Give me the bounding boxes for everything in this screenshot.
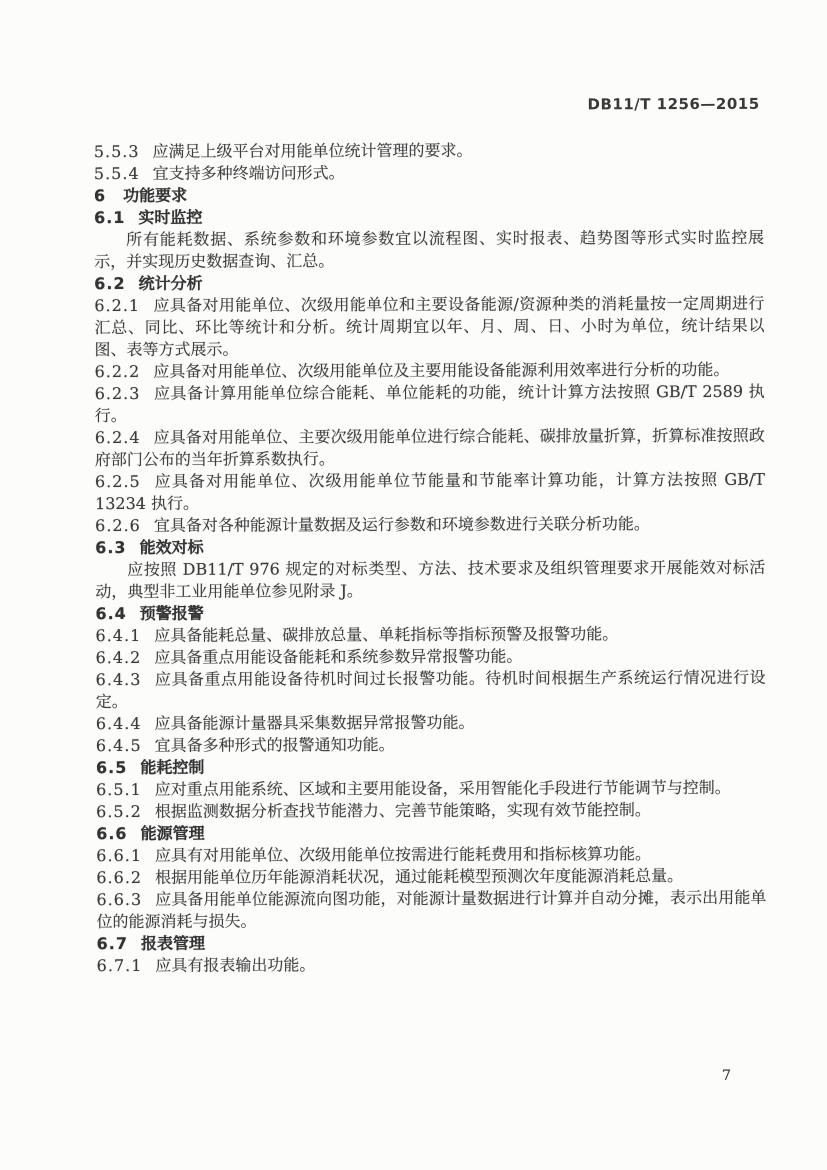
- clause-number: 6.6.2: [96, 868, 142, 887]
- clause-text: 应按照 DB11/T 976 规定的对标类型、方法、技术要求及组织管理要求开展能…: [95, 558, 765, 601]
- clause-text: 应具有报表输出功能。: [155, 955, 315, 975]
- clause: 5.5.3应满足上级平台对用能单位统计管理的要求。: [94, 139, 764, 163]
- paragraph: 应按照 DB11/T 976 规定的对标类型、方法、技术要求及组织管理要求开展能…: [95, 557, 765, 603]
- clause: 6.4.2应具备重点用能设备能耗和系统参数异常报警功能。: [96, 645, 766, 669]
- section-heading: 6.4预警报警: [95, 601, 765, 625]
- clause-number: 6.4.4: [96, 714, 142, 733]
- clause-text: 应具备对用能单位、次级用能单位和主要设备能源/资源种类的消耗量按一定周期进行汇总…: [94, 294, 764, 359]
- clause-number: 6: [94, 186, 106, 205]
- clause-text: 宜具备多种形式的报警通知功能。: [155, 735, 395, 755]
- clause-text: 功能要求: [123, 186, 187, 205]
- clause-text: 应具备能耗总量、碳排放总量、单耗指标等指标预警及报警功能。: [154, 624, 618, 645]
- clause-text: 应具备对用能单位、次级用能单位节能量和节能率计算功能，计算方法按照 GB/T 1…: [95, 470, 765, 513]
- clause-text: 应具备计算用能单位综合能耗、单位能耗的功能，统计计算方法按照 GB/T 2589…: [95, 382, 765, 425]
- clause: 6.2.3应具备计算用能单位综合能耗、单位能耗的功能，统计计算方法按照 GB/T…: [95, 381, 765, 427]
- clause-number: 6.4.3: [96, 670, 142, 689]
- clause-text: 能耗控制: [140, 758, 204, 777]
- section-heading: 6.6能源管理: [96, 821, 766, 845]
- clause-text: 所有能耗数据、系统参数和环境参数宜以流程图、实时报表、趋势图等形式实时监控展示，…: [94, 228, 764, 271]
- clause-text: 应对重点用能系统、区域和主要用能设备，采用智能化手段进行节能调节与控制。: [155, 778, 731, 799]
- section-heading: 6.7报表管理: [97, 931, 767, 955]
- section-heading: 6.3能效对标: [95, 535, 765, 559]
- clause-number: 6.2.6: [95, 516, 141, 535]
- clause-text: 根据用能单位历年能源消耗状况，通过能耗模型预测次年度能源消耗总量。: [155, 866, 683, 887]
- clause-number: 6.6.1: [96, 846, 142, 865]
- clause-number: 6.1: [94, 208, 125, 227]
- clause-text: 能效对标: [140, 538, 204, 557]
- clause-number: 5.5.4: [94, 164, 140, 183]
- clause-number: 6.4.2: [96, 648, 142, 667]
- section-heading: 6.5能耗控制: [96, 755, 766, 779]
- clause-number: 6.4.5: [96, 736, 142, 755]
- clause: 6.4.1应具备能耗总量、碳排放总量、单耗指标等指标预警及报警功能。: [95, 623, 765, 647]
- clause-number: 6.5.2: [96, 802, 142, 821]
- clause-text: 应具备用能单位能源流向图功能，对能源计量数据进行计算并自动分摊，表示出用能单位的…: [96, 888, 766, 931]
- clause-text: 应具备重点用能设备待机时间过长报警功能。待机时间根据生产系统运行情况进行设定。: [96, 668, 766, 711]
- clause-number: 6.2.1: [94, 296, 140, 315]
- clause: 6.7.1应具有报表输出功能。: [97, 953, 767, 977]
- scanned-content: DB11/T 1256—2015 5.5.3应满足上级平台对用能单位统计管理的要…: [0, 0, 827, 977]
- clause: 6.4.5宜具备多种形式的报警通知功能。: [96, 733, 766, 757]
- clause-text: 应具备对用能单位、次级用能单位及主要用能设备能源利用效率进行分析的功能。: [153, 360, 729, 381]
- clause-number: 6.2.4: [95, 428, 141, 447]
- section-heading: 6.2统计分析: [94, 271, 764, 295]
- clause: 6.2.1应具备对用能单位、次级用能单位和主要设备能源/资源种类的消耗量按一定周…: [94, 293, 764, 361]
- clause-number: 6.4.1: [95, 626, 141, 645]
- clause-number: 6.2.3: [95, 384, 141, 403]
- clause-number: 6.2.2: [95, 362, 141, 381]
- document-body: 5.5.3应满足上级平台对用能单位统计管理的要求。5.5.4宜支持多种终端访问形…: [0, 113, 827, 978]
- clause-text: 应具备重点用能设备能耗和系统参数异常报警功能。: [154, 647, 522, 667]
- clause-number: 6.6: [96, 824, 127, 843]
- clause-text: 报表管理: [141, 934, 205, 953]
- page-number: 7: [722, 1068, 731, 1084]
- document-page: DB11/T 1256—2015 5.5.3应满足上级平台对用能单位统计管理的要…: [0, 0, 827, 1170]
- clause-number: 5.5.3: [94, 142, 140, 161]
- running-header: DB11/T 1256—2015: [0, 0, 826, 115]
- clause: 6.2.6宜具备对各种能源计量数据及运行参数和环境参数进行关联分析功能。: [95, 513, 765, 537]
- clause: 6.6.1应具有对用能单位、次级用能单位按需进行能耗费用和指标核算功能。: [96, 843, 766, 867]
- doc-number: DB11/T 1256—2015: [587, 95, 759, 114]
- clause-number: 6.6.3: [96, 890, 142, 909]
- clause-number: 6.5.1: [96, 780, 142, 799]
- clause-number: 6.2: [94, 274, 125, 293]
- clause-text: 应具有对用能单位、次级用能单位按需进行能耗费用和指标核算功能。: [155, 844, 651, 865]
- clause-text: 根据监测数据分析查找节能潜力、完善节能策略，实现有效节能控制。: [155, 800, 651, 821]
- clause: 6.2.2应具备对用能单位、次级用能单位及主要用能设备能源利用效率进行分析的功能…: [95, 359, 765, 383]
- chapter-heading: 6功能要求: [94, 183, 764, 207]
- clause-number: 6.3: [95, 538, 126, 557]
- clause: 6.6.2根据用能单位历年能源消耗状况，通过能耗模型预测次年度能源消耗总量。: [96, 865, 766, 889]
- clause: 6.6.3应具备用能单位能源流向图功能，对能源计量数据进行计算并自动分摊，表示出…: [96, 887, 766, 933]
- clause: 6.2.4应具备对用能单位、主要次级用能单位进行综合能耗、碳排放量折算，折算标准…: [95, 425, 765, 471]
- clause: 6.5.2根据监测数据分析查找节能潜力、完善节能策略，实现有效节能控制。: [96, 799, 766, 823]
- clause: 6.5.1应对重点用能系统、区域和主要用能设备，采用智能化手段进行节能调节与控制…: [96, 777, 766, 801]
- clause: 5.5.4宜支持多种终端访问形式。: [94, 161, 764, 185]
- paragraph: 所有能耗数据、系统参数和环境参数宜以流程图、实时报表、趋势图等形式实时监控展示，…: [94, 227, 764, 273]
- clause-text: 应满足上级平台对用能单位统计管理的要求。: [153, 141, 473, 161]
- clause-number: 6.7: [97, 934, 128, 953]
- clause-text: 能源管理: [141, 824, 205, 843]
- clause-text: 宜支持多种终端访问形式。: [153, 163, 345, 183]
- clause-number: 6.5: [96, 758, 127, 777]
- clause-number: 6.2.5: [95, 472, 141, 491]
- clause-number: 6.7.1: [97, 956, 143, 975]
- clause-text: 应具备对用能单位、主要次级用能单位进行综合能耗、碳排放量折算，折算标准按照政府部…: [95, 426, 765, 469]
- clause-text: 实时监控: [138, 208, 202, 227]
- section-heading: 6.1实时监控: [94, 205, 764, 229]
- clause-text: 预警报警: [140, 604, 204, 623]
- clause-text: 应具备能源计量器具采集数据异常报警功能。: [155, 713, 475, 733]
- clause: 6.4.3应具备重点用能设备待机时间过长报警功能。待机时间根据生产系统运行情况进…: [96, 667, 766, 713]
- clause-text: 宜具备对各种能源计量数据及运行参数和环境参数进行关联分析功能。: [154, 514, 650, 535]
- clause: 6.2.5应具备对用能单位、次级用能单位节能量和节能率计算功能，计算方法按照 G…: [95, 469, 765, 515]
- clause-number: 6.4: [95, 604, 126, 623]
- clause: 6.4.4应具备能源计量器具采集数据异常报警功能。: [96, 711, 766, 735]
- clause-text: 统计分析: [139, 274, 203, 293]
